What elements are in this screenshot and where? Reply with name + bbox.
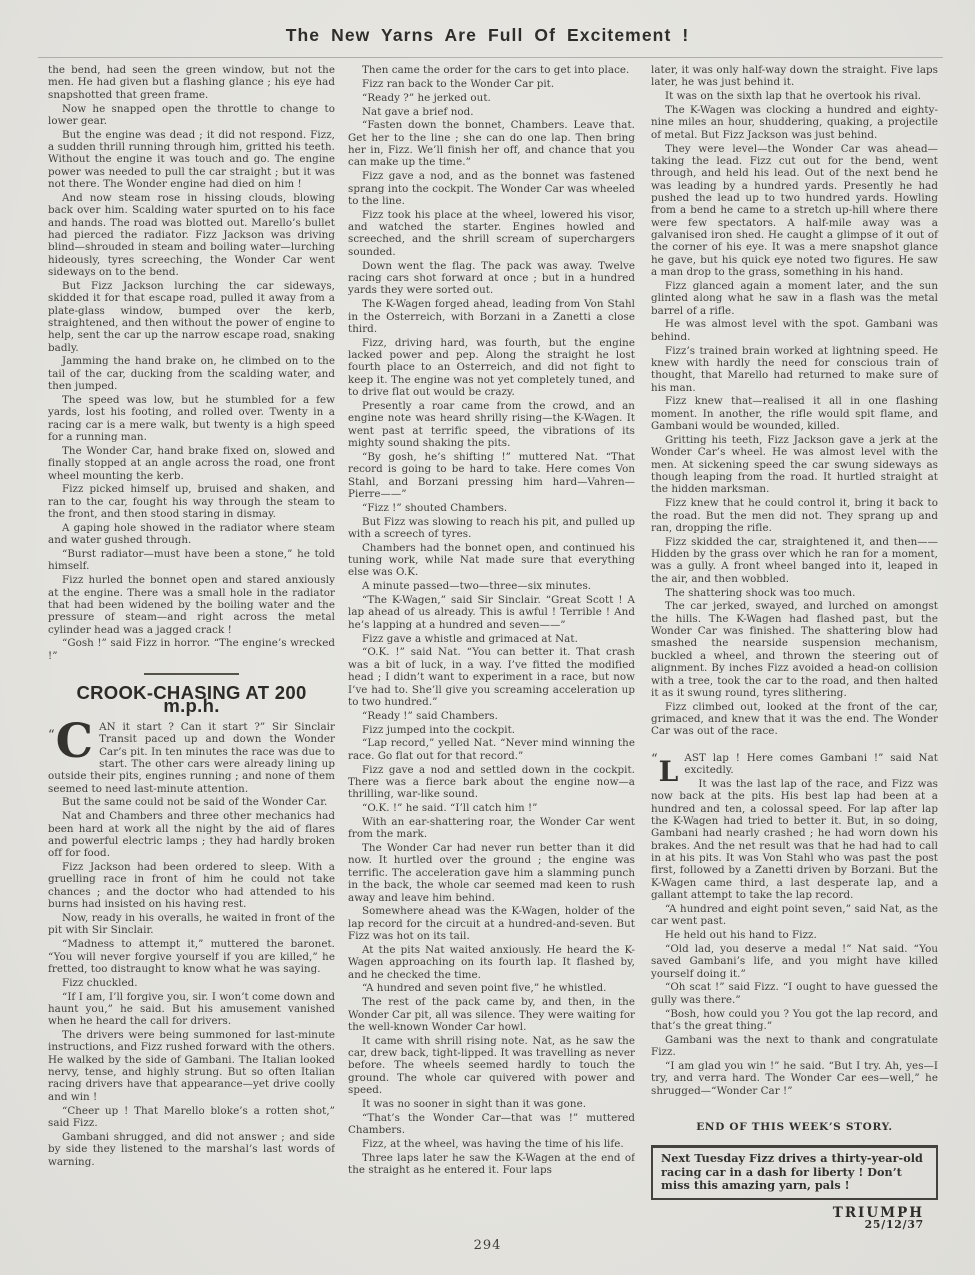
end-of-story-line: END OF THIS WEEK’S STORY. (651, 1121, 938, 1133)
story-paragraph: “If I am, I’ll forgive you, sir. I won’t… (48, 991, 335, 1028)
column-2: Then came the order for the cars to get … (348, 64, 635, 1254)
story-paragraph: Fizz, driving hard, was fourth, but the … (348, 337, 635, 399)
story-paragraph: But Fizz Jackson lurching the car sidewa… (48, 280, 335, 354)
story-paragraph: Gritting his teeth, Fizz Jackson gave a … (651, 434, 938, 496)
story-paragraph: Fizz ran back to the Wonder Car pit. (348, 78, 635, 90)
story-paragraph: “A hundred and seven point five,” he whi… (348, 982, 635, 994)
story-paragraph: The K-Wagen forged ahead, leading from V… (348, 298, 635, 335)
story-paragraph: A gaping hole showed in the radiator whe… (48, 522, 335, 547)
story-text-block: It was the last lap of the race, and Fiz… (651, 778, 938, 1097)
dropcap: “C (48, 723, 93, 761)
story-paragraph: The speed was low, but he stumbled for a… (48, 394, 335, 443)
story-paragraph: Fizz Jackson had been ordered to sleep. … (48, 861, 335, 910)
story-paragraph: “A hundred and eight point seven,” said … (651, 903, 938, 928)
page-title: The New Yarns Are Full Of Excitement ! (0, 0, 975, 46)
column-3: later, it was only half-way down the str… (651, 64, 938, 1231)
story-paragraph: Jamming the hand brake on, he climbed on… (48, 355, 335, 392)
story-paragraph: “Madness to attempt it,” muttered the ba… (48, 938, 335, 975)
story-paragraph: Fizz glanced again a moment later, and t… (651, 280, 938, 317)
magazine-page: The New Yarns Are Full Of Excitement ! t… (0, 0, 975, 1275)
dropcap-letter: C (56, 714, 93, 769)
story-paragraph: Fizz chuckled. (48, 977, 335, 989)
story-paragraph: “O.K. !” he said. “I’ll catch him !” (348, 802, 635, 814)
story-paragraph: The shattering shock was too much. (651, 587, 938, 599)
story-paragraph: A minute passed—two—three—six minutes. (348, 580, 635, 592)
story-paragraph: “Fasten down the bonnet, Chambers. Leave… (348, 119, 635, 168)
story-paragraph: Fizz knew that he could control it, brin… (651, 497, 938, 534)
story-paragraph: “O.K. !” said Nat. “You can better it. T… (348, 646, 635, 708)
story-paragraph: Presently a roar came from the crowd, an… (348, 400, 635, 449)
story-paragraph: “The K-Wagen,” said Sir Sinclair. “Great… (348, 594, 635, 631)
story-paragraph: “Burst radiator—must have been a stone,”… (48, 548, 335, 573)
story-paragraph: Down went the flag. The pack was away. T… (348, 260, 635, 297)
story-paragraph: Fizz’s trained brain worked at lightning… (651, 345, 938, 394)
story-paragraph: The drivers were being summoned for last… (48, 1029, 335, 1103)
story-paragraph: Nat and Chambers and three other mechani… (48, 810, 335, 859)
story-paragraph: “Bosh, how could you ? You got the lap r… (651, 1008, 938, 1033)
story-paragraph: At the pits Nat waited anxiously. He hea… (348, 944, 635, 981)
story-text-block: the bend, had seen the green window, but… (48, 64, 335, 662)
story-paragraph: Fizz picked himself up, bruised and shak… (48, 483, 335, 520)
dropcap-letter: L (659, 755, 679, 788)
story-paragraph: “Cheer up ! That Marello bloke’s a rotte… (48, 1105, 335, 1130)
story-paragraph: Gambani was the next to thank and congra… (651, 1034, 938, 1059)
story-paragraph: “CAN it start ? Can it start ?” Sir Sinc… (48, 721, 335, 795)
dropcap: “L (651, 754, 678, 784)
story-text-block: But the same could not be said of the Wo… (48, 796, 335, 1167)
story-paragraph: later, it was only half-way down the str… (651, 64, 938, 89)
story-paragraph: Somewhere ahead was the K-Wagen, holder … (348, 905, 635, 942)
story-paragraph: Fizz took his place at the wheel, lowere… (348, 209, 635, 258)
story-paragraph: Now he snapped open the throttle to chan… (48, 103, 335, 128)
magazine-signature: TRIUMPH 25/12/37 (651, 1207, 938, 1232)
story-paragraph: “Fizz !” shouted Chambers. (348, 502, 635, 514)
story-paragraph: The car jerked, swayed, and lurched on a… (651, 600, 938, 699)
story-paragraph: Chambers had the bonnet open, and contin… (348, 542, 635, 579)
story-paragraph: It was on the sixth lap that he overtook… (651, 90, 938, 102)
story-text-block: Then came the order for the cars to get … (348, 64, 635, 1177)
story-paragraph: Fizz gave a nod, and as the bonnet was f… (348, 170, 635, 207)
story-paragraph: It was the last lap of the race, and Fiz… (651, 778, 938, 901)
story-paragraph: Three laps later he saw the K-Wagen at t… (348, 1152, 635, 1177)
story-paragraph: “That’s the Wonder Car—that was !” mutte… (348, 1112, 635, 1137)
title-divider-rule (38, 57, 943, 58)
story-paragraph: Fizz jumped into the cockpit. (348, 724, 635, 736)
story-paragraph: And now steam rose in hissing clouds, bl… (48, 192, 335, 278)
story-paragraph: But the engine was dead ; it did not res… (48, 129, 335, 191)
story-paragraph: Fizz hurled the bonnet open and stared a… (48, 574, 335, 636)
story-paragraph: It was no sooner in sight than it was go… (348, 1098, 635, 1110)
story-paragraph: “Oh scat !” said Fizz. “I ought to have … (651, 981, 938, 1006)
story-paragraph: But the same could not be said of the Wo… (48, 796, 335, 808)
story-paragraph: He was almost level with the spot. Gamba… (651, 318, 938, 343)
story-paragraph: Fizz climbed out, looked at the front of… (651, 701, 938, 738)
story-paragraph: “LAST lap ! Here comes Gambani !” said N… (651, 752, 938, 777)
story-paragraph: “Ready !” said Chambers. (348, 710, 635, 722)
story-paragraph: The Wonder Car, hand brake fixed on, slo… (48, 445, 335, 482)
issue-date: 25/12/37 (651, 1219, 924, 1231)
story-paragraph: Gambani shrugged, and did not answer ; a… (48, 1131, 335, 1168)
next-week-teaser-box: Next Tuesday Fizz drives a thirty-year-o… (651, 1145, 938, 1199)
story-paragraph: Fizz knew that—realised it all in one fl… (651, 395, 938, 432)
section-heading: CROOK-CHASING AT 200 m.p.h. (48, 687, 335, 712)
story-paragraph: The K-Wagen was clocking a hundred and e… (651, 104, 938, 141)
page-number: 294 (0, 1238, 975, 1253)
story-paragraph: But Fizz was slowing to reach his pit, a… (348, 516, 635, 541)
dropcap-open-quote: “ (651, 752, 659, 767)
story-paragraph: “Gosh !” said Fizz in horror. “The engin… (48, 637, 335, 662)
story-text-block: later, it was only half-way down the str… (651, 64, 938, 738)
story-paragraph: “Old lad, you deserve a medal !” Nat sai… (651, 943, 938, 980)
story-paragraph: With an ear-shattering roar, the Wonder … (348, 816, 635, 841)
section-divider-rule (144, 673, 239, 675)
story-paragraph: “By gosh, he’s shifting !” muttered Nat.… (348, 451, 635, 500)
story-paragraph: “Lap record,” yelled Nat. “Never mind wi… (348, 737, 635, 762)
story-paragraph: Nat gave a brief nod. (348, 106, 635, 118)
story-paragraph: It came with shrill rising note. Nat, as… (348, 1035, 635, 1097)
story-paragraph: Fizz gave a nod and settled down in the … (348, 764, 635, 801)
story-paragraph: Fizz, at the wheel, was having the time … (348, 1138, 635, 1150)
story-paragraph: They were level—the Wonder Car was ahead… (651, 143, 938, 279)
story-paragraph: the bend, had seen the green window, but… (48, 64, 335, 101)
story-paragraph: Then came the order for the cars to get … (348, 64, 635, 76)
story-paragraph: Now, ready in his overalls, he waited in… (48, 912, 335, 937)
story-paragraph: He held out his hand to Fizz. (651, 929, 938, 941)
dropcap-open-quote: “ (48, 728, 56, 743)
column-1: the bend, had seen the green window, but… (48, 64, 335, 1254)
story-paragraph: The rest of the pack came by, and then, … (348, 996, 635, 1033)
story-paragraph: “I am glad you win !” he said. “But I tr… (651, 1060, 938, 1097)
paragraph-text: AST lap ! Here comes Gambani !” said Nat… (684, 752, 938, 776)
story-paragraph: Fizz skidded the car, straightened it, a… (651, 536, 938, 585)
story-paragraph: “Ready ?” he jerked out. (348, 92, 635, 104)
story-paragraph: The Wonder Car had never run better than… (348, 842, 635, 904)
story-paragraph: Fizz gave a whistle and grimaced at Nat. (348, 633, 635, 645)
